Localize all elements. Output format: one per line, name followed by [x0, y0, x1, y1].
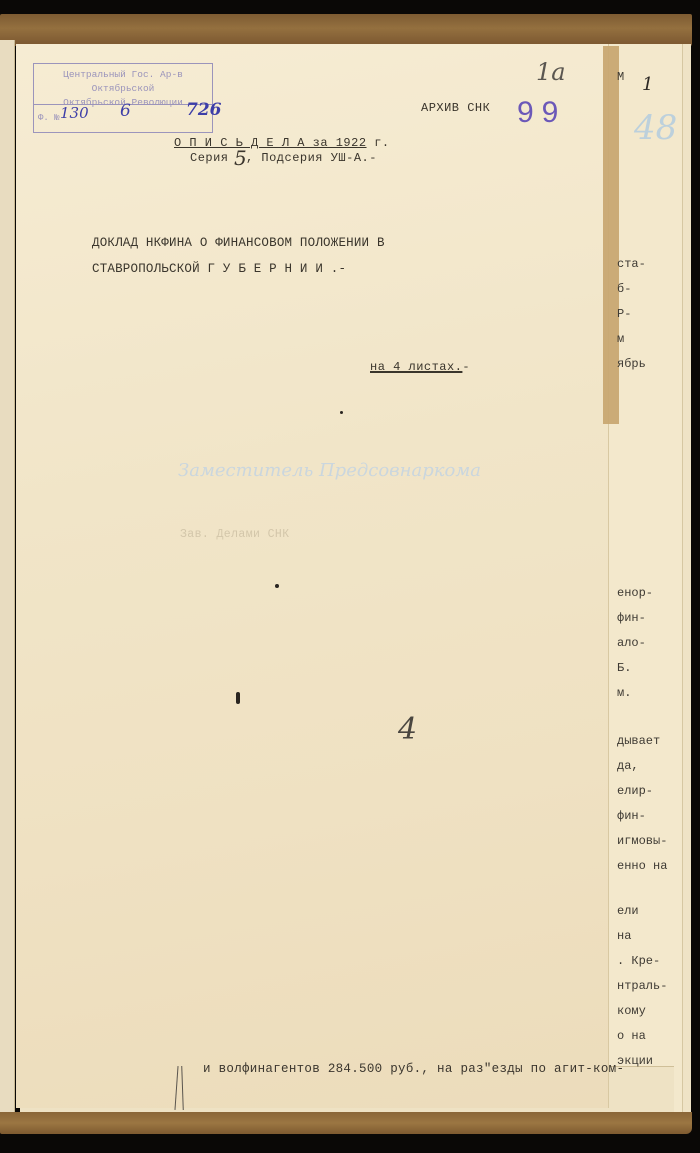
sheets-count-text: на 4 листах. [370, 360, 462, 374]
margin-fragment: . Кре- [617, 954, 660, 968]
margin-fragment: м [617, 332, 624, 346]
margin-fragment: игмовы- [617, 834, 667, 848]
archive-stamp-number: 99 [517, 96, 566, 130]
margin-fragment: елир- [617, 784, 653, 798]
margin-fragment: фин- [617, 809, 646, 823]
folder-cover-bottom [0, 1112, 692, 1134]
handwritten-fond-number: 130 [60, 104, 89, 122]
cover-sheet [16, 44, 608, 1108]
folder-cover-top [0, 14, 692, 46]
archive-stamp: Центральный Гос. Ар-в Октябрьской Октябр… [33, 63, 213, 133]
ink-dot [275, 584, 279, 588]
margin-fragment: Б. [617, 661, 631, 675]
margin-fragment: ели [617, 904, 639, 918]
margin-fragment: Р- [617, 307, 631, 321]
ink-blot [236, 692, 240, 704]
margin-fragment: кому [617, 1004, 646, 1018]
series-line: Серия [190, 151, 229, 165]
margin-fragment: енор- [617, 586, 653, 600]
handwritten-page-number: 4 [398, 712, 417, 747]
subseries-label: , Подсерия УШ-А.- [246, 151, 377, 165]
handwritten-sheet-number: 1а [536, 58, 566, 86]
corner-mark: 1 [642, 74, 653, 95]
margin-fragment: да, [617, 759, 639, 773]
handwritten-delo-number: 726 [186, 100, 222, 120]
margin-fragment: на [617, 929, 631, 943]
inventory-title-underlined: О П И С Ь Д Е Л А за 1922 [174, 136, 367, 150]
margin-fragment: ябрь [617, 357, 646, 371]
margin-fragment: ста- [617, 257, 646, 271]
inventory-title: О П И С Ь Д Е Л А за 1922 г. [174, 136, 390, 150]
document-subject-line-2: СТАВРОПОЛЬСКОЙ Г У Б Е Р Н И И .- [92, 262, 346, 276]
underlying-page-bottom-line: и волфинагентов 284.500 руб., на раз"езд… [203, 1062, 624, 1076]
inventory-title-suffix: г. [374, 136, 389, 150]
pencil-number: 48 [634, 108, 677, 148]
margin-fragment: о на [617, 1029, 646, 1043]
sheets-count-note: на 4 листах.- [370, 360, 470, 374]
margin-fragment: м. [617, 686, 631, 700]
margin-fragment: фин- [617, 611, 646, 625]
series-label: Серия [190, 151, 229, 165]
archive-label: АРХИВ СНК [421, 101, 490, 115]
stamp-reference-line: Ф. № [38, 111, 60, 125]
handwritten-series-number: 5 [234, 146, 247, 170]
margin-fragment: енно на [617, 859, 667, 873]
bleed-through-secretary: Зав. Делами СНК [180, 528, 290, 541]
bleed-through-signature: Заместитель Предсовнаркома [178, 460, 481, 481]
underlying-page-edge [682, 44, 691, 1112]
margin-fragment: нтраль- [617, 979, 667, 993]
stamp-archive-name: Центральный Гос. Ар-в Октябрьской [34, 68, 212, 96]
margin-fragment: ало- [617, 636, 646, 650]
handwritten-opis-number: 6 [120, 101, 131, 121]
fond-label: Ф. № [38, 113, 60, 123]
margin-fragment: дывает [617, 734, 660, 748]
margin-fragment: М [617, 70, 624, 84]
document-subject-line-1: ДОКЛАД НКФИНА О ФИНАНСОВОМ ПОЛОЖЕНИИ В [92, 236, 385, 250]
binding-spine [0, 40, 15, 1120]
ink-dot [340, 411, 343, 414]
margin-fragment: б- [617, 282, 631, 296]
sheets-count-suffix: - [462, 360, 470, 374]
